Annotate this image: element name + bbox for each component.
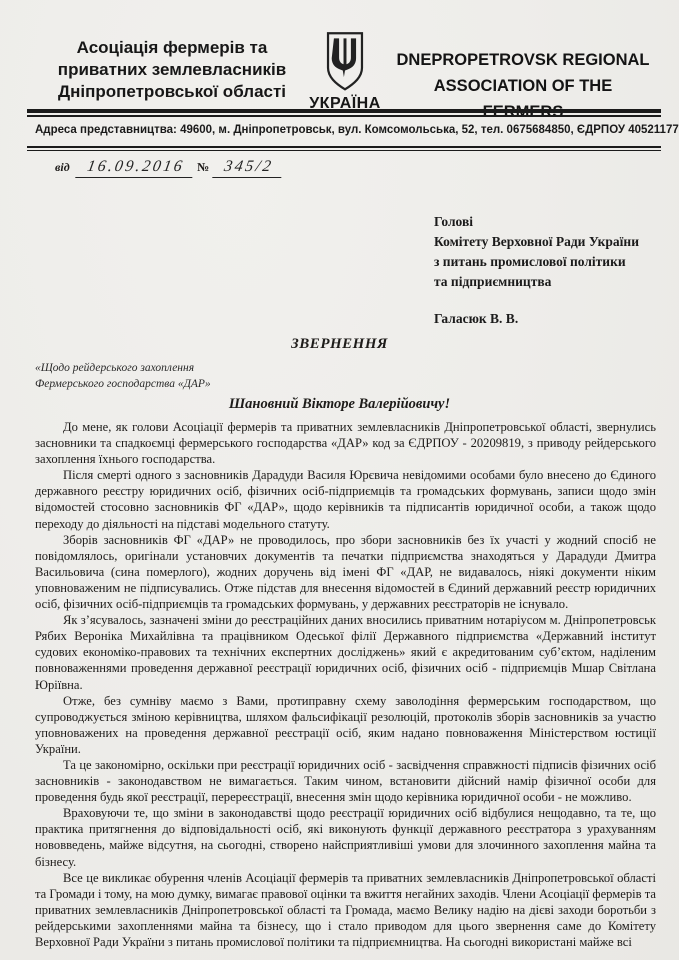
ukraine-trident-icon [320,31,370,93]
org-name-en-line: ASSOCIATION OF THE FERMERS [392,73,654,125]
reference-prefix: від [55,160,70,174]
body-paragraph: Враховуючи те, що зміни в законодавстві … [35,805,656,869]
body-paragraph: Отже, без сумніву маємо з Вами, протипра… [35,693,656,757]
body-paragraph: Як з’ясувалось, зазначені зміни до реєст… [35,612,656,692]
org-name-uk-line: Дніпропетровської області [52,81,292,103]
body-paragraph: Зборів засновників ФГ «ДАР» не проводило… [35,532,656,612]
document-title: ЗВЕРНЕННЯ [0,336,679,353]
recipient-name: Галасюк В. В. [434,309,669,329]
header-divider-top [27,109,661,117]
handwritten-number: 345/2 [213,158,285,178]
recipient-line: та підприємництва [434,272,669,292]
scanned-letter-page: Асоціація фермерів та приватних землевла… [0,0,679,960]
org-name-ukrainian: Асоціація фермерів та приватних землевла… [52,37,292,103]
body-paragraph: Все це викликає обурення членів Асоціаці… [35,870,656,950]
recipient-line: Комітету Верховної Ради України [434,232,669,252]
org-name-uk-line: приватних землевласників [52,59,292,81]
org-name-en-line: DNEPROPETROVSK REGIONAL [392,47,654,73]
handwritten-date: 16.09.2016 [75,158,196,178]
body-paragraph: Та це закономірно, оскільки при реєстрац… [35,757,656,805]
subject-note: «Щодо рейдерського захоплення Фермерсько… [35,360,335,392]
reference-line: від 16.09.2016 № 345/2 [55,158,283,178]
salutation: Шановний Вікторе Валерійовичу! [0,396,679,413]
subject-line: Фермерського господарства «ДАР» [35,376,335,392]
subject-line: «Щодо рейдерського захоплення [35,360,335,376]
recipient-block: Голові Комітету Верховної Ради України з… [434,212,669,329]
recipient-line: з питань промислової політики [434,252,669,272]
header-divider-bottom [27,146,661,151]
number-sign: № [197,160,209,174]
emblem-block: УКРАЇНА [302,31,388,113]
org-name-uk-line: Асоціація фермерів та [52,37,292,59]
address-line: Адреса представництва: 49600, м. Дніпроп… [35,124,645,136]
body-paragraph: Після смерті одного з засновників Дараду… [35,467,656,531]
letter-body: До мене, як голови Асоціації фермерів та… [35,419,656,955]
recipient-line: Голові [434,212,669,232]
body-paragraph: До мене, як голови Асоціації фермерів та… [35,419,656,467]
